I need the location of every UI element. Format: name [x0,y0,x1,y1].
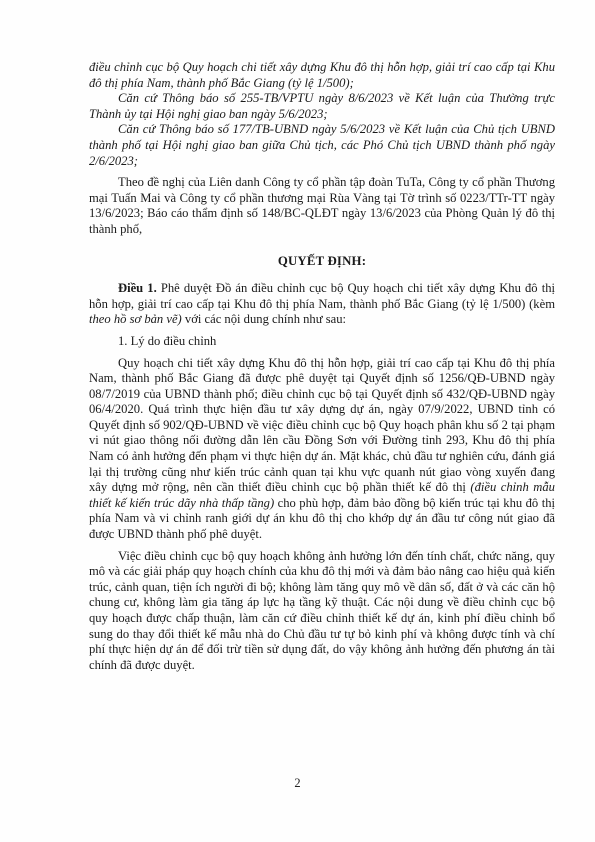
article-1-attachment: theo hồ sơ bản vẽ) [89,312,182,326]
preamble-basis-177: Căn cứ Thông báo số 177/TB-UBND ngày 5/6… [89,122,555,169]
section-1-paragraph-2: Việc điều chỉnh cục bộ quy hoạch không ả… [89,549,555,674]
section-1-paragraph-1: Quy hoạch chi tiết xây dựng Khu đô thị h… [89,356,555,543]
article-1-label: Điều 1. [118,281,157,295]
article-1: Điều 1. Phê duyệt Đồ án điều chỉnh cục b… [89,281,555,328]
decision-heading: QUYẾT ĐỊNH: [89,254,555,270]
document-body: điều chỉnh cục bộ Quy hoạch chi tiết xây… [89,60,555,673]
article-1-text: Phê duyệt Đồ án điều chỉnh cục bộ Quy ho… [89,281,555,311]
preamble-continuation: điều chỉnh cục bộ Quy hoạch chi tiết xây… [89,60,555,91]
section-1-title: 1. Lý do điều chỉnh [89,334,555,350]
preamble-proposal: Theo đề nghị của Liên danh Công ty cổ ph… [89,175,555,237]
document-page: điều chỉnh cục bộ Quy hoạch chi tiết xây… [0,0,595,842]
page-number: 2 [0,776,595,791]
section-1-p1-text: Quy hoạch chi tiết xây dựng Khu đô thị h… [89,356,555,495]
article-1-text-end: với các nội dung chính như sau: [182,312,346,326]
preamble-basis-255: Căn cứ Thông báo số 255-TB/VPTU ngày 8/6… [89,91,555,122]
